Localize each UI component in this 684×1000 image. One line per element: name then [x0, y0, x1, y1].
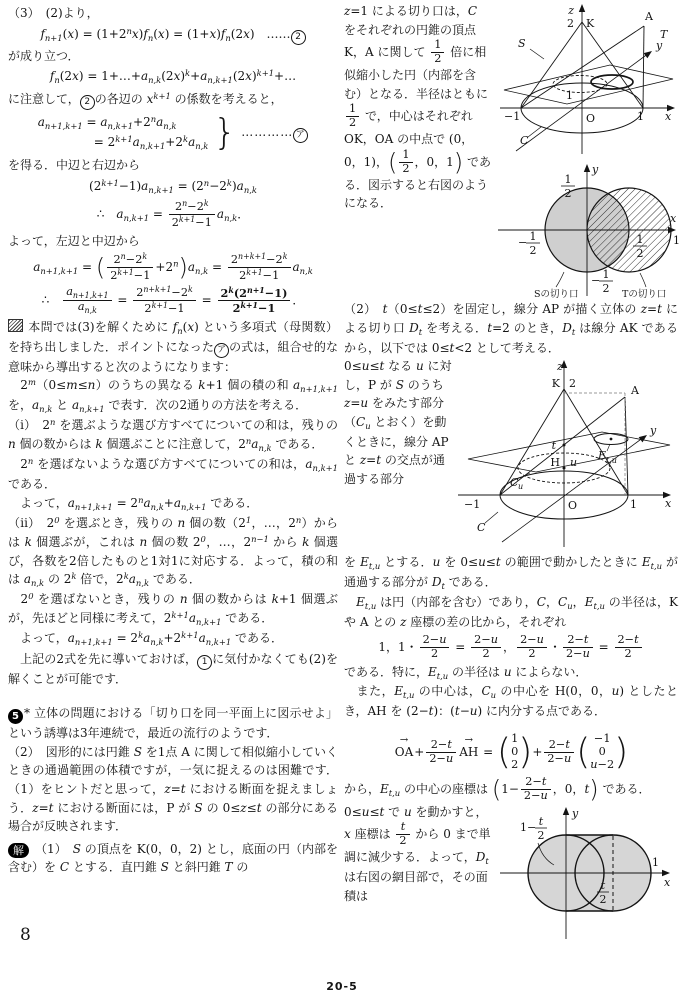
fig3-k-label: K [552, 377, 561, 390]
commentary-para-2: 2m（0≤m≤n）のうちの異なる k+1 個の積の和 an+1,k+1 を，an… [8, 376, 338, 416]
fig1-origin-label: O [586, 112, 595, 125]
para-fix-t: （2） t（0≤t≤2）を固定し，線分 AP が描く立体の z=t による切り口… [344, 300, 678, 357]
fig3-e-subscript: t,u [606, 456, 617, 465]
para-holds: が成り立つ． [8, 47, 338, 66]
fig4-radius-label: 1− t 2 [520, 815, 547, 842]
answer-para: 解 （1） S の頂点を K(0，0，2) とし，底面の円（内部を含む）を C … [8, 840, 338, 877]
section-5-para-2: （2） 図形的には円錐 S を1点 A に関して相似縮小していくときの通過範囲の… [8, 743, 338, 836]
fig4-radius-num: t [539, 815, 544, 828]
figure-cone-plane-zt: z K 2 A t E t,u H u C u −1 O 1 x y C [454, 357, 678, 553]
row-cone-construction: 0≤u≤t なる u に対し，P が S のうち z=u をみたす部分（Cu と… [344, 357, 678, 553]
equation-radii: 1，1・2−u2 = 2−u2，2−u2・2−t2−u = 2−t2 [344, 634, 678, 661]
equation-4: ∴ an,k+1 = 2n−2k2k+1−1an,k． [8, 199, 338, 230]
fig1-k-label: K [586, 17, 595, 30]
y-axis-arrow [644, 48, 654, 58]
fig2-half-top-num: 1 [565, 173, 572, 186]
fig3-a-label: A [630, 384, 640, 397]
equation-vectors: OA+2−t2−uAH = (102)+2−t2−u(−10u−2) [344, 725, 678, 772]
equation-5: an+1,k+1 = (2n−2k2k+1−1+2n)an,k = 2n+k+1… [8, 252, 338, 283]
section-5-text: * 立体の問題における「切り口を同一平面上に図示せよ」という誘導は3年連続で，最… [8, 706, 338, 740]
equation-system-a: an+1,k+1 = an,k+1+2nan,k = 2k+1an,k+1+2k… [8, 113, 338, 153]
system-line-1: an+1,k+1 = an,k+1+2nan,k [38, 113, 209, 133]
system-brace: } [213, 118, 236, 149]
section-5: 5* 立体の問題における「切り口を同一平面上に図示せよ」という誘導は3年連続で，… [8, 704, 338, 743]
construction-text: 0≤u≤t なる u に対し，P が S のうち z=u をみたす部分（Cu と… [344, 357, 452, 489]
right-column: z=1 による切り口は，C をそれぞれの円錐の頂点 K，A に関して 12 倍に… [344, 2, 678, 945]
para-coefficient: に注意して，2の各辺の xk+1 の係数を考えると， [8, 90, 338, 110]
fig1-z-label: z [567, 4, 574, 17]
fig3-y-label: y [649, 424, 657, 437]
para-etu-circle: Et,u は円（内部を含む）であり，C，Cu，Et,u の半径は，K や A と… [344, 593, 678, 632]
fig1-a-label: A [644, 10, 654, 23]
para-middle-right: を得る．中辺と右辺から [8, 156, 338, 175]
book-page: （3） (2)より， fn+1(x) = (1+2nx)fn(x) = (1+x… [0, 0, 684, 1000]
fig3-t-tick: t [552, 439, 557, 452]
commentary-icon [8, 319, 23, 332]
fig3-cu-subscript: u [518, 482, 523, 491]
commentary-para-8: よって，an+1,k+1 = 2kan,k+2k+1an,k+1 である． [8, 629, 338, 649]
equation-6: ∴ an+1,k+1an,k = 2n+k+1−2k2k+1−1 = 2k(2n… [8, 285, 338, 316]
figure-cones-plane-z1: z 2 K A T S y 1 −1 O 1 x C [494, 2, 680, 160]
commentary-para-4: 2n を選ばないような選び方すべてについての和は，an,k+1 である． [8, 455, 338, 494]
fig2-half-left-den: 2 [530, 244, 537, 257]
fig3-1-tick: 1 [630, 498, 637, 511]
fig4-radius-prefix: 1− [520, 821, 536, 834]
page-number: 8 [20, 922, 31, 948]
commentary-para-7: 20 を選ばないとき，残りの n 個の数からは k+1 個選ぶが，先ほどと同様に… [8, 590, 338, 629]
page-footer: 20-5 [0, 978, 684, 995]
equation-2: fn+1(x) = (1+2nx)fn(x) = (1+x)fn(2x) ……2 [8, 25, 338, 45]
answer-badge: 解 [8, 843, 29, 858]
figure-cut-circles: y x 1 2 − 1 2 1 [494, 160, 680, 300]
fig3-2-tick: 2 [569, 377, 576, 390]
fig4-radius-den: 2 [538, 829, 545, 842]
fig4-thalf-num: t [601, 879, 606, 892]
fig3-u-label: u [570, 456, 577, 469]
para-left-middle: よって，左辺と中辺から [8, 232, 338, 251]
fig2-half-mid-num: 1 [637, 233, 644, 246]
x-axis-arrow [668, 227, 676, 233]
fig3-x-label: x [665, 497, 672, 510]
answer-text: （1） S の頂点を K(0，0，2) とし，底面の円（内部を含む）を C とす… [8, 842, 338, 875]
commentary-para-6: （ii） 20 を選ぶとき，残りの n 個の数（21，…，2n）からは k 個選… [8, 514, 338, 590]
y-axis-arrow [563, 807, 569, 815]
fig1-2-tick: 2 [567, 17, 574, 30]
fig2-minus-half-bottom: − 1 2 [591, 268, 613, 295]
para-center: また，Et,u の中心は，Cu の中心を H(0，0，u) としたとき，AH を… [344, 682, 678, 721]
fig1-x-label: x [665, 110, 672, 123]
z-axis-arrow [579, 4, 585, 12]
fig1-s-label: S [518, 37, 526, 50]
para-radius-indep: である．特に，Et,u の半径は u によらない． [344, 663, 678, 683]
para-etu-def: を Et,u とする．u を 0≤u≤t の範囲で動かしたときに Et,u が通… [344, 553, 678, 593]
fig2-minus-half-left: − 1 2 [518, 230, 540, 257]
equation-3: (2k+1−1)an,k+1 = (2n−2k)an,k [8, 177, 338, 197]
fig3-origin-label: O [568, 499, 577, 512]
system-label-a: …………ア [241, 123, 308, 143]
commentary-text-1: 本問では(3)を解くために fn(x) という多項式（母関数）を持ち出しました．… [8, 320, 338, 374]
fig2-half-mid-den: 2 [637, 247, 644, 260]
fig3-c-label: C [477, 521, 486, 534]
fig2-minus-left: − [518, 236, 527, 249]
fig1-minus1-tick: −1 [504, 110, 520, 123]
fig4-x-label: x [664, 876, 671, 889]
row-cut-description: z=1 による切り口は，C をそれぞれの円錐の頂点 K，A に関して 12 倍に… [344, 2, 678, 300]
fig2-minus-bottom: − [591, 274, 600, 287]
row-dt-region: 0≤u≤t で u を動かすと，x 座標は t2 から 0 まで単調に減少する．… [344, 803, 678, 945]
commentary-para-5: よって，an+1,k+1 = 2nan,k+an,k+1 である． [8, 494, 338, 514]
cut-description-text: z=1 による切り口は，C をそれぞれの円錐の頂点 K，A に関して 12 倍に… [344, 2, 492, 213]
fig2-t-cut-label: Tの切り口 [622, 288, 666, 300]
fig2-half-bot-num: 1 [603, 268, 610, 281]
equation-fn2x: fn(2x) = 1+…+an,k(2x)k+an,k+1(2x)k+1+… [8, 67, 338, 87]
commentary-para-3: （i） 2n を選ぶような選び方すべてについての和は，残りの n 個の数からは … [8, 416, 338, 455]
fig4-1-tick: 1 [652, 856, 659, 869]
fig2-s-cut-label: Sの切り口 [534, 288, 579, 300]
commentary-para-9: 上記の2式を先に導いておけば，1に気付かなくても(2)を解くことが可能です． [8, 650, 338, 689]
para-center-coords: から，Et,u の中心の座標は (1−2−t2−u，0，t) である． [344, 776, 678, 803]
section-5-badge: 5 [8, 709, 23, 724]
dt-region-text: 0≤u≤t で u を動かすと，x 座標は t2 から 0 まで単調に減少する．… [344, 803, 492, 906]
fig2-x-label: x [670, 212, 677, 225]
fig1-c-label: C [520, 134, 529, 147]
fig2-half-left-num: 1 [530, 230, 537, 243]
commentary-para-1: 本問では(3)を解くために fn(x) という多項式（母関数）を持ち出しました．… [8, 318, 338, 377]
fig3-minus1-tick: −1 [464, 498, 480, 511]
fig4-y-label: y [571, 807, 579, 820]
figure-dt-region: y x 1 1− t 2 t 2 [494, 803, 678, 945]
figure-stack: z 2 K A T S y 1 −1 O 1 x C [494, 2, 680, 300]
fig2-half-bot-den: 2 [603, 282, 610, 295]
left-column: （3） (2)より， fn+1(x) = (1+2nx)fn(x) = (1+x… [8, 4, 338, 877]
fig3-z-label: z [556, 360, 563, 373]
fig1-1-plane-tick: 1 [566, 89, 573, 102]
fig2-y-label: y [591, 163, 599, 176]
fig3-e-label: E [597, 449, 606, 462]
fig1-1-tick: 1 [637, 110, 644, 123]
system-line-2: = 2k+1an,k+1+2kan,k [38, 133, 209, 153]
fig4-thalf-den: 2 [600, 893, 607, 906]
y-axis-arrow [584, 164, 590, 172]
fig1-y-label: y [655, 39, 663, 52]
fig2-half-top-den: 2 [565, 187, 572, 200]
para-3-intro: （3） (2)より， [8, 4, 338, 23]
fig2-1-tick: 1 [673, 234, 680, 247]
fig3-h-label: H [550, 456, 560, 469]
